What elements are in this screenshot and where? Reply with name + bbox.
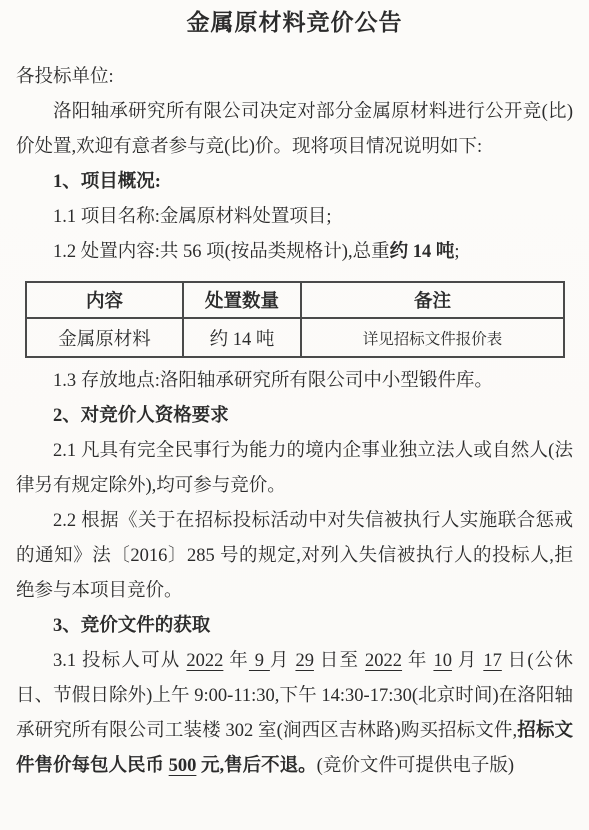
table-cell-remark: 详见招标文件报价表	[301, 318, 564, 357]
item-1-2-text: 1.2 处置内容:共 56 项(按品类规格计),总重	[53, 242, 390, 262]
section2-heading: 2、对竞价人资格要求	[16, 399, 573, 434]
item-1-2: 1.2 处置内容:共 56 项(按品类规格计),总重约 14 吨;	[16, 235, 573, 270]
item-3-1-underline-month-to: 10	[433, 651, 452, 671]
table-cell-quantity: 约 14 吨	[183, 318, 301, 357]
item-1-3: 1.3 存放地点:洛阳轴承研究所有限公司中小型锻件库。	[16, 364, 573, 399]
table-header-remark: 备注	[301, 282, 564, 318]
item-3-1-underline-year-to: 2022	[365, 651, 402, 671]
item-3-1-text-4: 日至	[314, 651, 365, 671]
item-3-1-underline-price: 500	[169, 756, 197, 776]
item-1-2-bold-weight: 约 14 吨	[390, 242, 455, 262]
item-1-1: 1.1 项目名称:金属原材料处置项目;	[16, 200, 573, 235]
item-1-2-tail: ;	[454, 242, 459, 262]
item-3-1-underline-year-from: 2022	[186, 651, 223, 671]
item-3-1-text-2: 年	[223, 651, 249, 671]
table-cell-content: 金属原材料	[26, 318, 183, 357]
item-2-1: 2.1 凡具有完全民事行为能力的境内企事业独立法人或自然人(法律另有规定除外),…	[16, 434, 573, 504]
item-3-1-text-3: 月	[270, 651, 296, 671]
document-page: 金属原材料竞价公告 各投标单位: 洛阳轴承研究所有限公司决定对部分金属原材料进行…	[0, 0, 589, 830]
item-3-1-underline-month-from: 9	[249, 651, 270, 671]
item-3-1-underline-day-from: 29	[295, 651, 314, 671]
item-2-2: 2.2 根据《关于在招标投标活动中对失信被执行人实施联合惩戒的通知》法〔2016…	[16, 504, 573, 609]
intro-paragraph: 洛阳轴承研究所有限公司决定对部分金属原材料进行公开竞(比)价处置,欢迎有意者参与…	[16, 95, 573, 165]
table-row: 金属原材料 约 14 吨 详见招标文件报价表	[26, 318, 564, 357]
item-3-1-bold-price-post: 元,售后不退。	[196, 756, 316, 776]
item-3-1-underline-day-to: 17	[483, 651, 502, 671]
table-header-content: 内容	[26, 282, 183, 318]
table-header-quantity: 处置数量	[183, 282, 301, 318]
item-3-1-text-5: 年	[402, 651, 433, 671]
item-3-1: 3.1 投标人可从 2022 年 9 月 29 日至 2022 年 10 月 1…	[16, 644, 573, 784]
item-3-1-text-1: 3.1 投标人可从	[53, 651, 186, 671]
salutation: 各投标单位:	[16, 60, 573, 95]
disposal-table: 内容 处置数量 备注 金属原材料 约 14 吨 详见招标文件报价表	[25, 281, 565, 358]
document-title: 金属原材料竞价公告	[16, 0, 573, 38]
section1-heading: 1、项目概况:	[16, 165, 573, 200]
section3-heading: 3、竞价文件的获取	[16, 609, 573, 644]
table-header-row: 内容 处置数量 备注	[26, 282, 564, 318]
item-3-1-text-6: 月	[452, 651, 483, 671]
item-3-1-text-8: (竞价文件可提供电子版)	[317, 756, 514, 776]
